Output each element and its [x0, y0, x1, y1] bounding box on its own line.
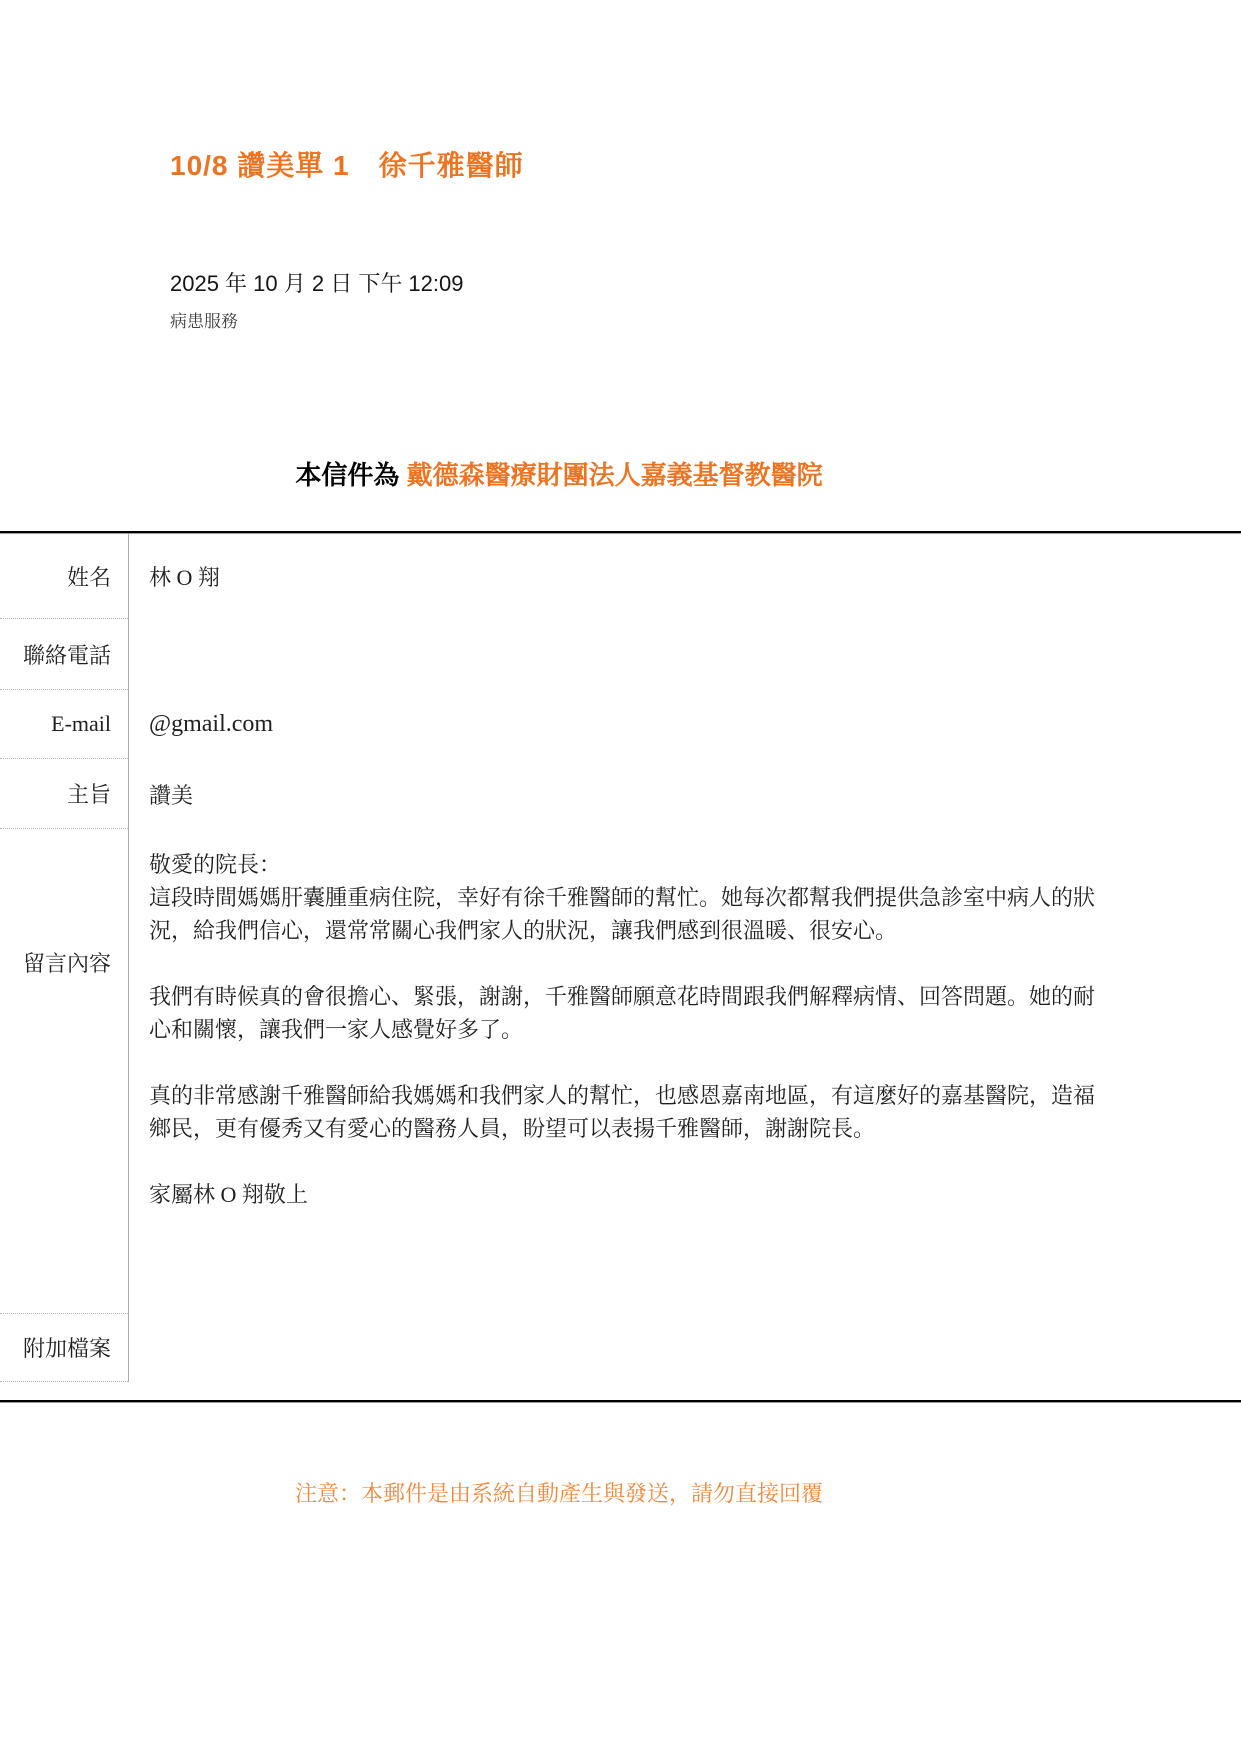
- field-value-attachment: [128, 1314, 1241, 1382]
- department-label: 病患服務: [170, 311, 1201, 333]
- table-row-message: 留言內容 敬愛的院長： 這段時間媽媽肝囊腫重病住院，幸好有徐千雅醫師的幫忙。她每…: [0, 829, 1241, 1314]
- notice-prefix: 本信件為: [295, 460, 406, 490]
- email-datetime: 2025 年 10 月 2 日 下午 12:09: [170, 270, 1201, 298]
- table-row-subject: 主旨 讚美: [0, 759, 1241, 829]
- field-label-message: 留言內容: [0, 829, 128, 1314]
- field-value-message: 敬愛的院長： 這段時間媽媽肝囊腫重病住院，幸好有徐千雅醫師的幫忙。她每次都幫我們…: [128, 829, 1241, 1314]
- field-label-subject: 主旨: [0, 759, 128, 829]
- notice-headline: 本信件為 戴德森醫療財團法人嘉義基督教醫院: [0, 458, 1118, 492]
- organization-name: 戴德森醫療財團法人嘉義基督教醫院: [407, 460, 823, 490]
- auto-reply-warning: 注意：本郵件是由系統自動產生與發送，請勿直接回覆: [0, 1480, 1118, 1508]
- field-value-name: 林 O 翔: [128, 534, 1241, 619]
- message-body-text: 敬愛的院長： 這段時間媽媽肝囊腫重病住院，幸好有徐千雅醫師的幫忙。她每次都幫我們…: [149, 848, 1101, 1211]
- field-label-phone: 聯絡電話: [0, 619, 128, 690]
- field-label-attachment: 附加檔案: [0, 1314, 128, 1382]
- email-document: { "page": { "title": "10/8 讚美單 1 徐千雅醫師",…: [0, 0, 1241, 1754]
- field-label-name: 姓名: [0, 534, 128, 619]
- field-value-subject: 讚美: [128, 759, 1241, 829]
- field-label-email: E-mail: [0, 690, 128, 759]
- field-value-email: @gmail.com: [128, 690, 1241, 759]
- feedback-form-table: 姓名 林 O 翔 聯絡電話 E-mail @gmail.com 主旨 讚美 留言…: [0, 534, 1241, 1382]
- table-row-phone: 聯絡電話: [0, 619, 1241, 690]
- field-value-phone: [128, 619, 1241, 690]
- table-row-email: E-mail @gmail.com: [0, 690, 1241, 759]
- email-header-section: 10/8 讚美單 1 徐千雅醫師 2025 年 10 月 2 日 下午 12:0…: [0, 0, 1241, 333]
- table-row-attachment: 附加檔案: [0, 1314, 1241, 1382]
- page-title: 10/8 讚美單 1 徐千雅醫師: [170, 148, 1201, 184]
- bottom-divider-rule: [0, 1400, 1241, 1403]
- table-row-name: 姓名 林 O 翔: [0, 534, 1241, 619]
